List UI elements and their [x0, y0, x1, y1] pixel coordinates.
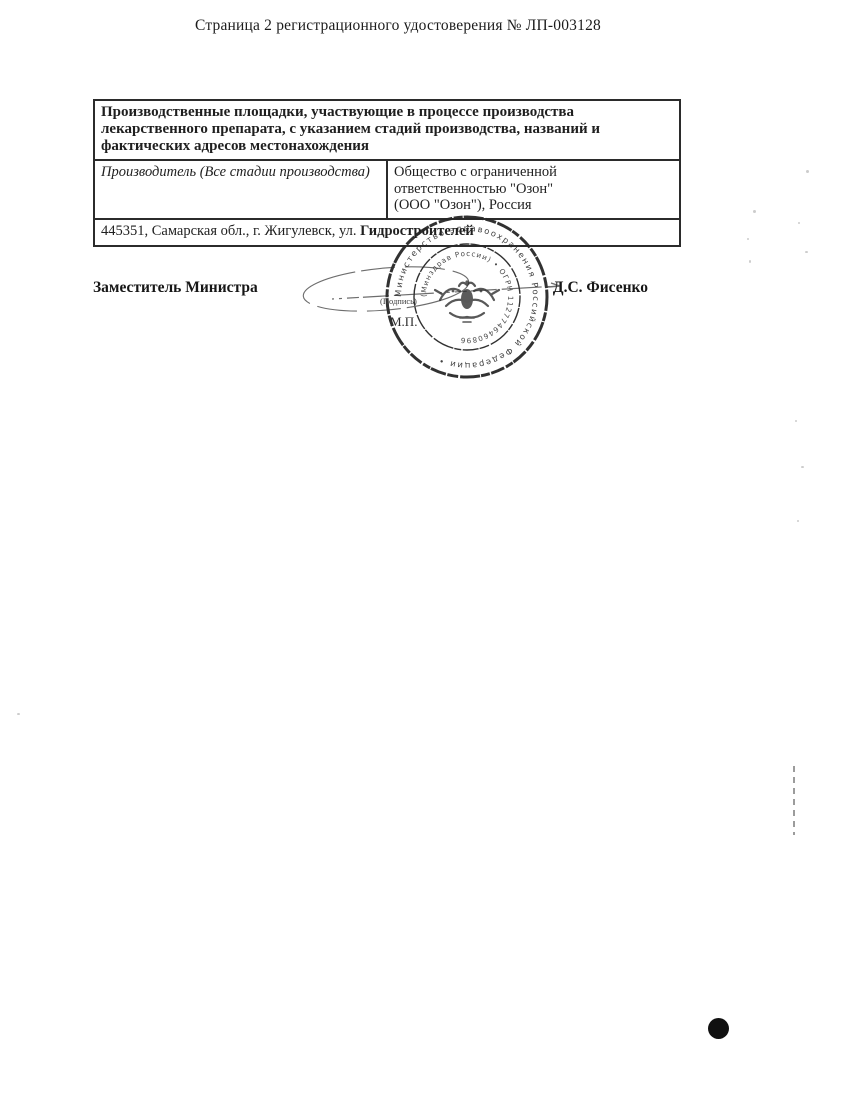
- punch-hole-mark: [708, 1018, 729, 1039]
- address-row: 445351, Самарская обл., г. Жигулевск, ул…: [94, 219, 680, 246]
- signer-title: Заместитель Министра: [93, 279, 258, 297]
- signature-caption: (Подпись): [380, 296, 417, 306]
- scan-speck: [17, 713, 20, 715]
- table-title-row: Производственные площадки, участвующие в…: [94, 100, 680, 160]
- producer-row: Производитель (Все стадии производства) …: [94, 160, 680, 219]
- svg-text:(Минздрав России) • ОГРН 11277: (Минздрав России) • ОГРН 1127746460896: [419, 249, 515, 345]
- scan-speck: [753, 210, 756, 213]
- scan-speck: [798, 222, 800, 224]
- company-line-2: ответственностью "Озон": [394, 181, 553, 197]
- scan-speck: [801, 466, 804, 468]
- company-line-1: Общество с ограниченной: [394, 164, 557, 180]
- signer-name: Д.С. Фисенко: [553, 279, 648, 297]
- address-street-bold: Гидростроителей: [360, 223, 474, 239]
- scan-speck: [805, 251, 808, 253]
- seal-inner-ring-text: (Минздрав России) • ОГРН 1127746460896: [419, 249, 515, 345]
- company-line-3: (ООО "Озон"), Россия: [394, 197, 532, 213]
- scan-speck: [747, 238, 749, 240]
- producer-label-cell: Производитель (Все стадии производства): [94, 160, 387, 219]
- address-cell: 445351, Самарская обл., г. Жигулевск, ул…: [94, 219, 680, 246]
- production-sites-table: Производственные площадки, участвующие в…: [93, 99, 681, 247]
- address-text: 445351, Самарская обл., г. Жигулевск, ул…: [101, 223, 360, 239]
- scanned-document-page: Страница 2 регистрационного удостоверени…: [0, 0, 861, 1117]
- signature-row: Заместитель Министра Д.С. Фисенко: [93, 279, 648, 297]
- seal-place-label: М.П.: [390, 314, 417, 329]
- page-header: Страница 2 регистрационного удостоверени…: [0, 17, 796, 35]
- scan-speck: [797, 520, 799, 522]
- scan-artifact-dashed-line: [793, 766, 795, 835]
- table-title-cell: Производственные площадки, участвующие в…: [94, 100, 680, 160]
- scan-speck: [749, 260, 751, 263]
- scan-speck: [795, 420, 797, 422]
- scan-speck: [806, 170, 809, 173]
- producer-value-cell: Общество с ограниченной ответственностью…: [387, 160, 680, 219]
